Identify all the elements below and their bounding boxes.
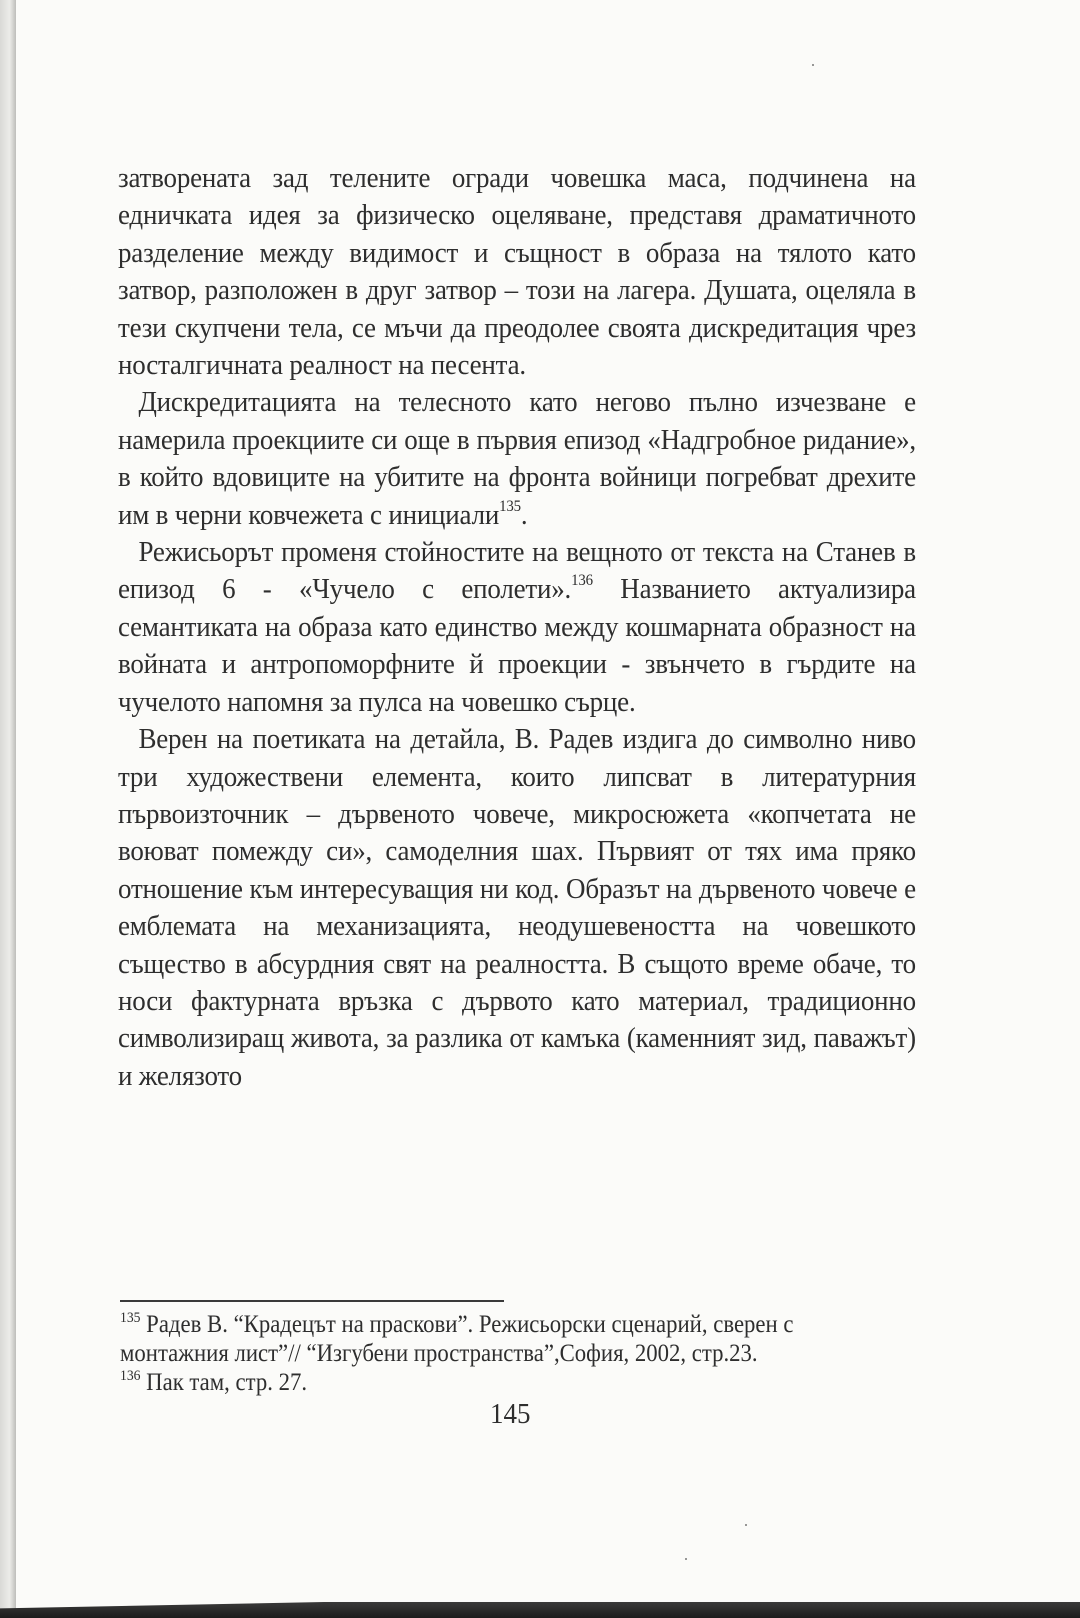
scan-speck	[812, 64, 814, 66]
footnote-136: 136 Пак там, стр. 27.	[120, 1368, 903, 1397]
footnote-number: 136	[120, 1368, 140, 1384]
footnote-text: Пак там, стр. 27.	[140, 1369, 307, 1396]
footnote-text: Радев В. “Крадецът на праскови”. Режисьо…	[120, 1311, 793, 1367]
footnote-separator	[120, 1300, 504, 1302]
footnote-ref-135: 135	[499, 498, 521, 515]
page-number: 145	[490, 1398, 530, 1431]
scan-speck	[745, 1524, 747, 1526]
footnotes: 135 Радев В. “Крадецът на праскови”. Реж…	[120, 1310, 903, 1397]
footnote-135: 135 Радев В. “Крадецът на праскови”. Реж…	[120, 1310, 903, 1368]
paragraph-4-text: Верен на поетиката на детайла, В. Радев …	[118, 723, 916, 1092]
footnote-ref-136: 136	[571, 572, 593, 589]
main-text-block: затворената зад телените огради човешка …	[118, 160, 916, 1095]
paragraph-1: затворената зад телените огради човешка …	[118, 160, 916, 384]
footnote-number: 135	[120, 1310, 140, 1326]
paragraph-3: Режисьорът променя стойностите на вещнот…	[118, 534, 916, 721]
scan-speck	[685, 1558, 687, 1560]
paragraph-1-text: затворената зад телените огради човешка …	[118, 162, 916, 381]
paragraph-4: Верен на поетиката на детайла, В. Радев …	[118, 721, 916, 1095]
paragraph-2: Дискредитацията на телесното като негово…	[118, 384, 916, 534]
paragraph-2-tail: .	[521, 499, 528, 531]
book-spine-edge	[0, 0, 16, 1618]
